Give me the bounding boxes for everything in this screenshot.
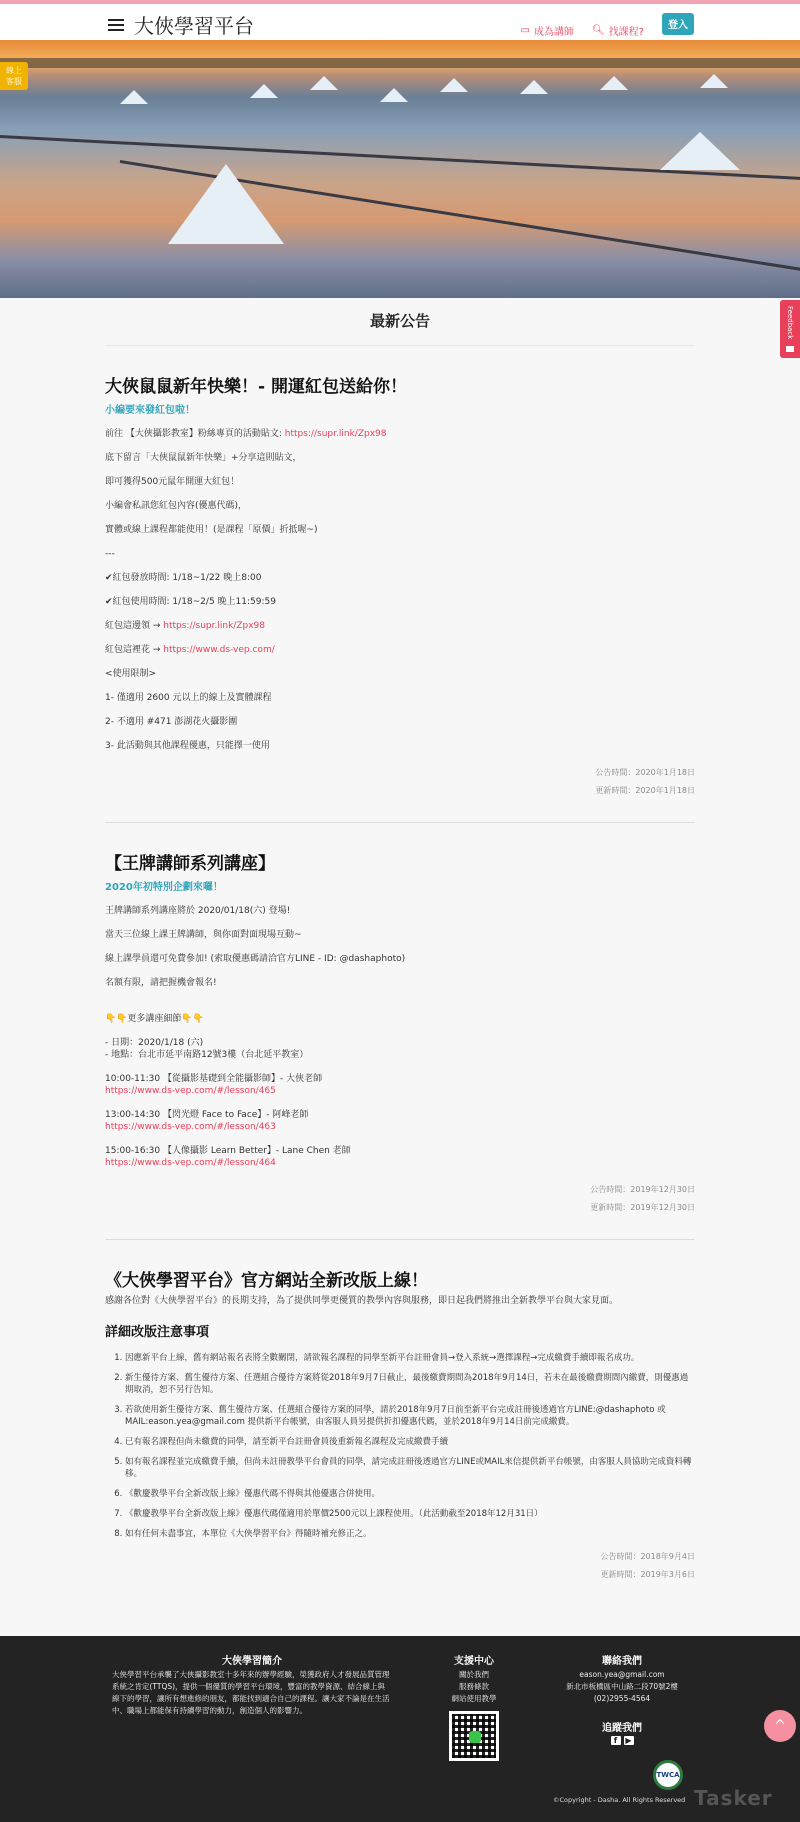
- post-line: 底下留言「大俠鼠鼠新年快樂」+分享這則貼文，: [105, 452, 695, 464]
- updated-time: 更新時間：2020年1月18日: [105, 782, 695, 800]
- post-line: ✔紅包使用時間: 1/18~2/5 晚上11:59:59: [105, 596, 695, 608]
- post-meta: 公告時間：2020年1月18日 更新時間：2020年1月18日: [105, 764, 695, 800]
- notice-list: 因應新平台上線，舊有網站報名表將全數關閉，請欲報名課程的同學至新平台註冊會員→登…: [105, 1352, 695, 1540]
- login-button[interactable]: 登入: [662, 13, 694, 35]
- post-subtitle: 2020年初特別企劃來囉！: [105, 878, 695, 893]
- published-time: 公告時間：2018年9月4日: [105, 1548, 695, 1566]
- list-item: 如有報名課程並完成繳費手續，但尚未註冊教學平台會員的同學，請完成註冊後透過官方L…: [125, 1456, 695, 1480]
- post-line: 小編會私訊您紅包內容(優惠代碼)，: [105, 500, 695, 512]
- post-line: 王牌講師系列講座將於 2020/01/18(六) 登場!: [105, 905, 695, 917]
- post-line: ✔紅包發放時間: 1/18~1/22 晚上8:00: [105, 572, 695, 584]
- list-item: 因應新平台上線，舊有網站報名表將全數關閉，請欲報名課程的同學至新平台註冊會員→登…: [125, 1352, 695, 1364]
- list-item: 已有報名課程但尚未繳費的同學，請至新平台註冊會員後重新報名課程及完成繳費手續: [125, 1436, 695, 1448]
- mail-icon: [786, 346, 794, 352]
- updated-time: 更新時間：2019年12月30日: [105, 1199, 695, 1217]
- session-link[interactable]: https://www.ds-vep.com/#/lesson/465: [105, 1086, 276, 1096]
- post-subtitle: 小編要來發紅包啦！: [105, 401, 695, 416]
- footer-about-title: 大俠學習簡介: [112, 1652, 392, 1667]
- post-meta: 公告時間：2019年12月30日 更新時間：2019年12月30日: [105, 1181, 695, 1217]
- back-to-top-button[interactable]: ^: [764, 1710, 796, 1742]
- youtube-icon[interactable]: ▶: [624, 1736, 634, 1745]
- brand[interactable]: 大俠學習平台: [108, 10, 254, 39]
- header-nav: ▭ 成為講師 🔍︎ 找課程? 登入: [521, 9, 694, 38]
- published-time: 公告時間：2020年1月18日: [105, 764, 695, 782]
- post-line: 即可獲得500元鼠年開運大紅包！: [105, 476, 695, 488]
- post-link[interactable]: https://supr.link/Zpx98: [163, 621, 265, 631]
- post-line: 1- 僅適用 2600 元以上的線上及實體課程: [105, 692, 695, 704]
- footer-contact-title: 聯絡我們: [552, 1652, 692, 1667]
- brand-title[interactable]: 大俠學習平台: [134, 10, 254, 39]
- place-line: - 地點：台北市延平南路12號3樓（台北延平教室）: [105, 1049, 695, 1061]
- post-lecture-series: 【王牌講師系列講座】 2020年初特別企劃來囉！ 王牌講師系列講座將於 2020…: [105, 823, 695, 1240]
- post-intro: 感謝各位對《大俠學習平台》的長期支持，為了提供同學更優質的教學內容與服務，即日起…: [105, 1295, 695, 1307]
- footer-support: 支援中心 關於我們 服務條款 網站使用教學: [440, 1652, 508, 1761]
- post-title: 【王牌講師系列講座】: [105, 849, 695, 874]
- footer-about-text: 大俠學習平台承襲了大俠攝影教室十多年來的辦學經驗，榮獲政府人才發展品質管理系統之…: [112, 1669, 392, 1717]
- date-line: - 日期：2020/1/18 (六): [105, 1037, 695, 1049]
- post-line: 實體或線上課程都能使用！(是課程「原價」折抵喔~): [105, 524, 695, 536]
- post-line: ---: [105, 548, 695, 560]
- twca-badge[interactable]: TWCA: [653, 1760, 683, 1790]
- session: 13:00-14:30 【閃光燈 Face to Face】- 阿峰老師http…: [105, 1109, 695, 1133]
- list-heading: 詳細改版注意事項: [105, 1321, 695, 1340]
- find-course-link[interactable]: 🔍︎ 找課程?: [592, 23, 644, 38]
- post-line: 前往 【大俠攝影教室】粉絲專頁的活動貼文: https://supr.link/…: [105, 428, 695, 440]
- session-link[interactable]: https://www.ds-vep.com/#/lesson/464: [105, 1158, 276, 1168]
- post-line: 紅包這裡花 → https://www.ds-vep.com/: [105, 644, 695, 656]
- contact-email[interactable]: eason.yea@gmail.com: [552, 1669, 692, 1681]
- footer-support-title: 支援中心: [440, 1652, 508, 1667]
- list-item: 新生優待方案、舊生優待方案、任選組合優待方案將從2018年9月7日截止，最後繳費…: [125, 1372, 695, 1396]
- become-teacher-link[interactable]: ▭ 成為講師: [521, 23, 574, 38]
- site-header: 大俠學習平台 ▭ 成為講師 🔍︎ 找課程? 登入: [0, 4, 800, 40]
- footer-about: 大俠學習簡介 大俠學習平台承襲了大俠攝影教室十多年來的辦學經驗，榮獲政府人才發展…: [112, 1652, 392, 1717]
- footer-link-terms[interactable]: 服務條款: [440, 1681, 508, 1693]
- teacher-icon: ▭: [521, 25, 530, 36]
- copyright: ©Copyright - Dasha. All Rights Reserved: [553, 1796, 685, 1804]
- follow-title: 追蹤我們: [552, 1719, 692, 1734]
- footer-link-tutorial[interactable]: 網站使用教學: [440, 1693, 508, 1705]
- social-links: f ▶: [552, 1736, 692, 1745]
- post-link[interactable]: https://supr.link/Zpx98: [285, 429, 387, 439]
- chevron-up-icon: ^: [774, 1718, 786, 1734]
- site-footer: 大俠學習簡介 大俠學習平台承襲了大俠攝影教室十多年來的辦學經驗，榮獲政府人才發展…: [0, 1636, 800, 1822]
- post-line: 線上課學員還可免費參加! (索取優惠碼請洽官方LINE - ID: @dasha…: [105, 953, 695, 965]
- post-title: 大俠鼠鼠新年快樂！- 開運紅包送給你！: [105, 372, 695, 397]
- session: 10:00-11:30 【從攝影基礎到全能攝影師】- 大俠老師https://w…: [105, 1073, 695, 1097]
- details-heading: 👇👇更多講座細節👇👇: [105, 1013, 695, 1025]
- line-qr-code: [449, 1711, 499, 1761]
- post-site-relaunch: 《大俠學習平台》官方網站全新改版上線！ 感謝各位對《大俠學習平台》的長期支持，為…: [105, 1240, 695, 1606]
- post-line: 3- 此活動與其他課程優惠，只能擇一使用: [105, 740, 695, 752]
- online-support-badge[interactable]: 線上 客服: [0, 62, 28, 90]
- list-item: 《歡慶教學平台全新改版上線》優惠代碼僅適用於單價2500元以上課程使用。（此活動…: [125, 1508, 695, 1520]
- facebook-icon[interactable]: f: [611, 1736, 621, 1745]
- list-item: 如有任何未盡事宜，本單位《大俠學習平台》得隨時補充修正之。: [125, 1528, 695, 1540]
- contact-phone: (02)2955-4564: [552, 1693, 692, 1705]
- section-title: 最新公告: [105, 310, 695, 346]
- tasker-watermark: Tasker: [694, 1786, 773, 1810]
- session-link[interactable]: https://www.ds-vep.com/#/lesson/463: [105, 1122, 276, 1132]
- announcements: 最新公告 大俠鼠鼠新年快樂！- 開運紅包送給你！ 小編要來發紅包啦！ 前往 【大…: [105, 298, 695, 1606]
- feedback-tab[interactable]: Feedback: [780, 300, 800, 358]
- post-title: 《大俠學習平台》官方網站全新改版上線！: [105, 1266, 695, 1291]
- list-item: 《歡慶教學平台全新改版上線》優惠代碼不得與其他優惠合併使用。: [125, 1488, 695, 1500]
- post-line: 名額有限，請把握機會報名!: [105, 977, 695, 989]
- footer-contact: 聯絡我們 eason.yea@gmail.com 新北市板橋區中山路二段70號2…: [552, 1652, 692, 1745]
- hero-banner-image: [0, 40, 800, 298]
- post-line: <使用限制>: [105, 668, 695, 680]
- list-item: 若欲使用新生優待方案、舊生優待方案、任選組合優待方案的同學，請於2018年9月7…: [125, 1404, 695, 1428]
- hamburger-menu-icon[interactable]: [108, 19, 124, 31]
- search-icon: 🔍︎: [592, 25, 605, 36]
- post-link[interactable]: https://www.ds-vep.com/: [163, 645, 274, 655]
- published-time: 公告時間：2019年12月30日: [105, 1181, 695, 1199]
- post-new-year: 大俠鼠鼠新年快樂！- 開運紅包送給你！ 小編要來發紅包啦！ 前往 【大俠攝影教室…: [105, 346, 695, 823]
- post-meta: 公告時間：2018年9月4日 更新時間：2019年3月6日: [105, 1548, 695, 1584]
- line-icon: [469, 1731, 481, 1743]
- post-line: 當天三位線上課王牌講師，與你面對面現場互動~: [105, 929, 695, 941]
- session: 15:00-16:30 【人像攝影 Learn Better】- Lane Ch…: [105, 1145, 695, 1169]
- footer-link-about[interactable]: 關於我們: [440, 1669, 508, 1681]
- contact-address: 新北市板橋區中山路二段70號2樓: [552, 1681, 692, 1693]
- post-line: 2- 不適用 #471 澎湖花火攝影團: [105, 716, 695, 728]
- updated-time: 更新時間：2019年3月6日: [105, 1566, 695, 1584]
- post-line: 紅包這邊領 → https://supr.link/Zpx98: [105, 620, 695, 632]
